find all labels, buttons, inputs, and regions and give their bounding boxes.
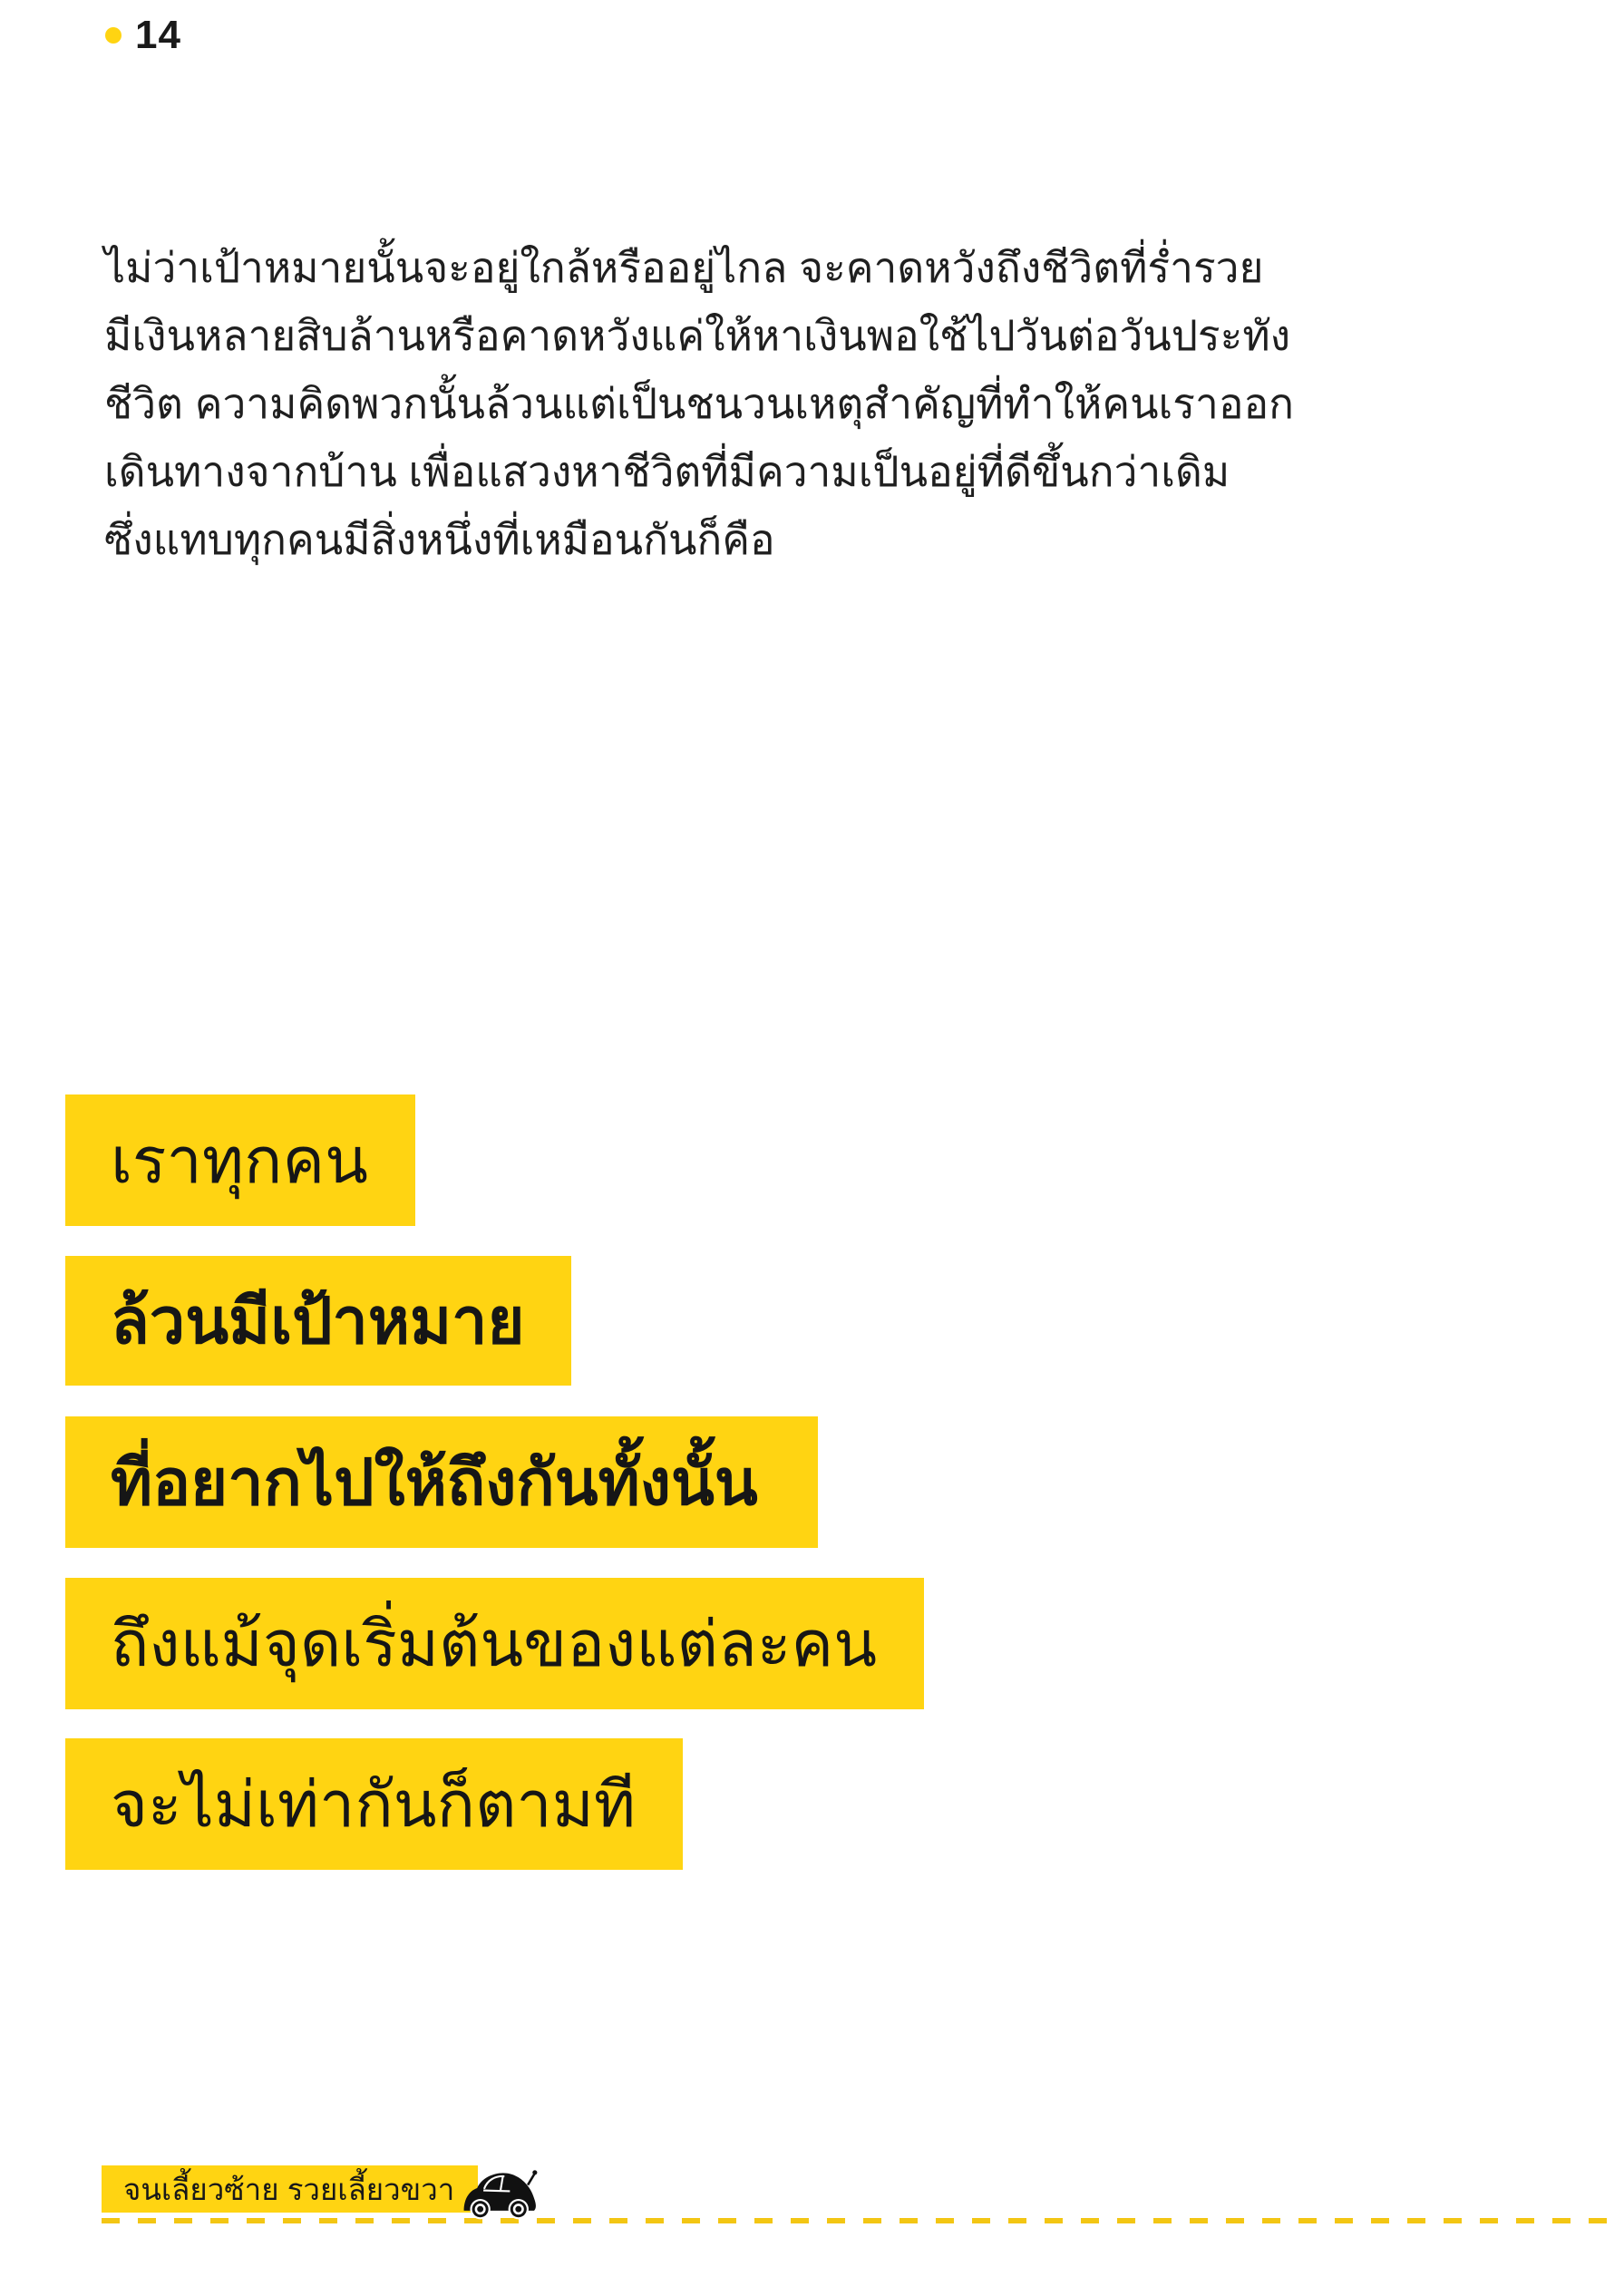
paragraph-line: เดินทางจากบ้าน เพื่อแสวงหาชีวิตที่มีความ… bbox=[104, 438, 1419, 506]
page-number-row: 14 bbox=[105, 13, 181, 58]
highlight-text: จะไม่เท่ากันก็ตามที bbox=[111, 1754, 636, 1854]
paragraph-line: ไม่ว่าเป้าหมายนั้นจะอยู่ใกล้หรืออยู่ไกล … bbox=[104, 234, 1419, 302]
highlight-block-2: ล้วนมีเป้าหมาย bbox=[65, 1256, 571, 1386]
highlight-text: ที่อยากไปให้ถึงกันทั้งนั้น bbox=[111, 1432, 758, 1532]
book-page: 14 ไม่ว่าเป้าหมายนั้นจะอยู่ใกล้หรืออยู่ไ… bbox=[0, 0, 1624, 2296]
paragraph-line: ซึ่งแทบทุกคนมีสิ่งหนึ่งที่เหมือนกันก็คือ bbox=[104, 506, 1419, 574]
road-dashed-line bbox=[102, 2218, 1624, 2223]
body-paragraph: ไม่ว่าเป้าหมายนั้นจะอยู่ใกล้หรืออยู่ไกล … bbox=[104, 234, 1419, 574]
highlight-block-1: เราทุกคน bbox=[65, 1094, 415, 1226]
paragraph-line: มีเงินหลายสิบล้านหรือคาดหวังแค่ให้หาเงิน… bbox=[104, 302, 1419, 370]
highlight-text: ถึงแม้จุดเริ่มต้นของแต่ละคน bbox=[111, 1593, 877, 1694]
footer-title: จนเลี้ยวซ้าย รวยเลี้ยวขวา bbox=[123, 2165, 454, 2213]
footer-title-box: จนเลี้ยวซ้าย รวยเลี้ยวขวา bbox=[102, 2165, 478, 2213]
highlight-block-5: จะไม่เท่ากันก็ตามที bbox=[65, 1738, 683, 1870]
beetle-car-icon bbox=[462, 2167, 540, 2220]
highlight-block-3: ที่อยากไปให้ถึงกันทั้งนั้น bbox=[65, 1416, 818, 1548]
bullet-dot-icon bbox=[105, 27, 122, 44]
highlight-block-4: ถึงแม้จุดเริ่มต้นของแต่ละคน bbox=[65, 1578, 924, 1709]
paragraph-line: ชีวิต ความคิดพวกนั้นล้วนแต่เป็นชนวนเหตุส… bbox=[104, 370, 1419, 438]
highlight-text: ล้วนมีเป้าหมาย bbox=[111, 1270, 524, 1371]
highlight-text: เราทุกคน bbox=[111, 1110, 368, 1211]
page-number: 14 bbox=[135, 13, 181, 58]
